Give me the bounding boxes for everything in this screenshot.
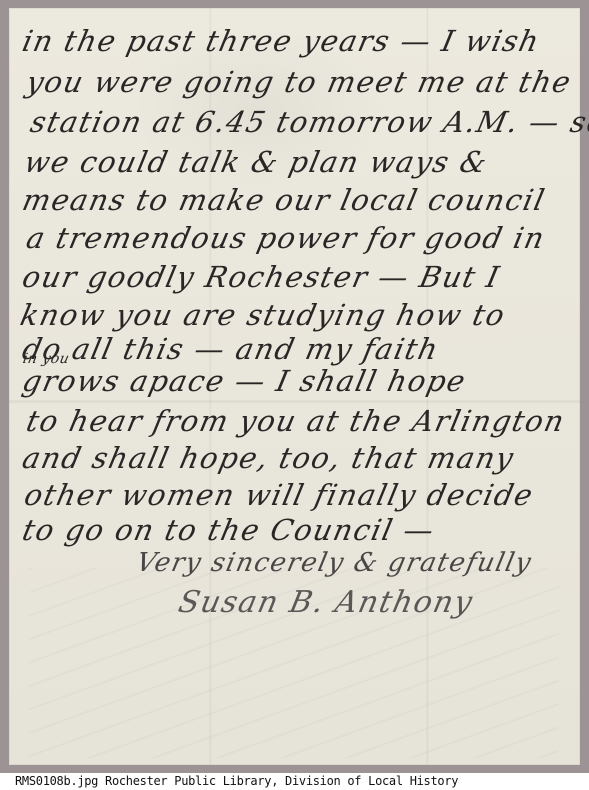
letter-line-10: grows apace — I shall hope [19,364,469,398]
letter-line-9: do all this — and my faith [19,332,442,366]
letter-line-11: to hear from you at the Arlington [23,404,568,438]
letter-line-13: other women will finally decide [21,478,537,512]
letter-line-4: we could talk & plan ways & [21,145,491,179]
letter-line-5: means to make our local council [19,183,548,217]
letter-line-8: know you are studying how to [17,298,508,332]
image-caption: RMS0108b.jpg Rochester Public Library, D… [15,774,458,788]
letter-line-1: in the past three years — I wish [19,24,543,58]
letter-line-3: station at 6.45 tomorrow A.M. — so [27,105,589,139]
letter-line-14: to go on to the Council — [19,513,438,547]
signature: Susan B. Anthony [175,585,476,620]
letter-line-12: and shall hope, too, that many [19,441,517,475]
closing-phrase: Very sincerely & gratefully [134,548,535,578]
letter-line-6: a tremendous power for good in [23,221,548,255]
letter-line-2: you were going to meet me at the [23,65,575,99]
letter-page: in the past three years — I wish you wer… [9,8,580,765]
letter-line-7: our goodly Rochester — But I [19,260,503,294]
